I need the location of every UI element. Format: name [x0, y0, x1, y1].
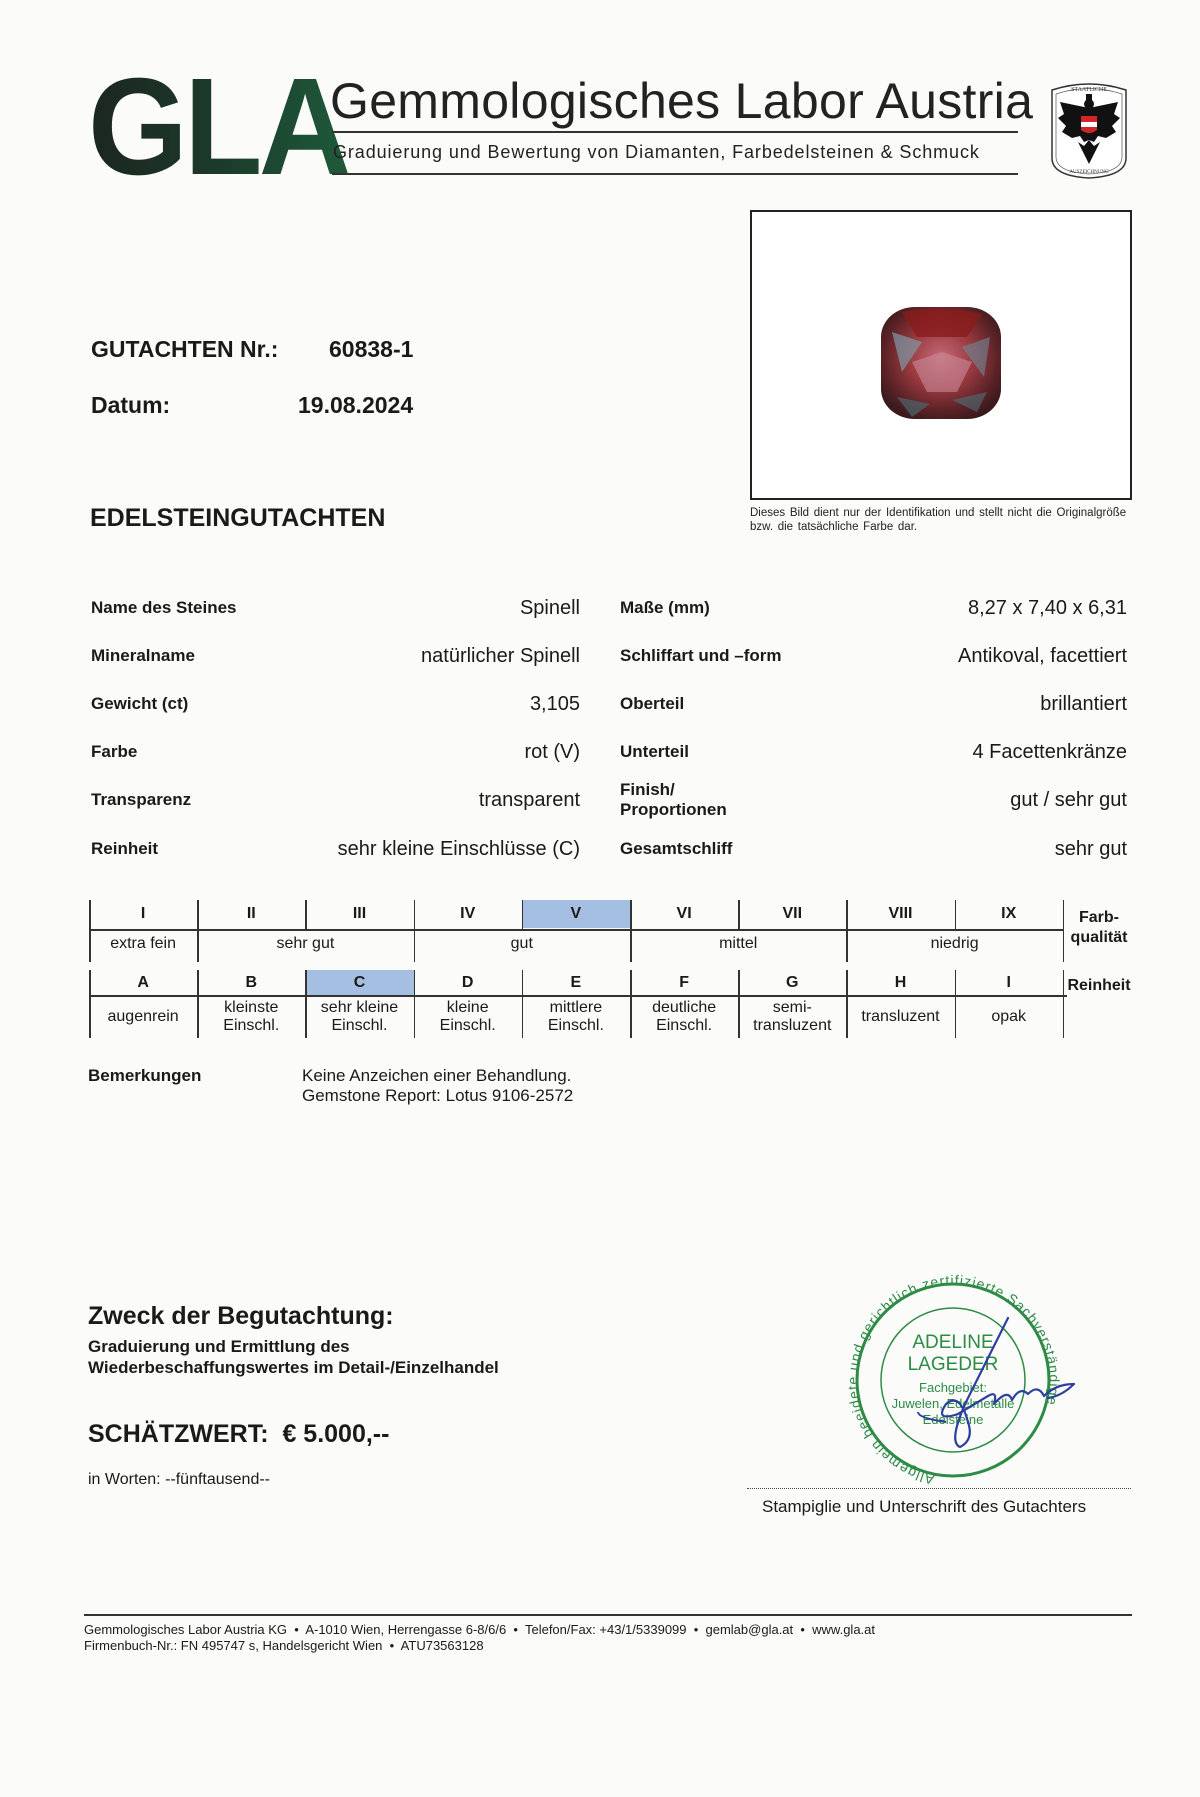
clarity-grade-I: I — [955, 970, 1063, 996]
clarity-description: transluzent — [846, 996, 954, 1038]
clarity-grade-C: C — [305, 970, 413, 996]
color-group: mittel — [630, 930, 846, 958]
clarity-grade-E: E — [522, 970, 630, 996]
property-label: Unterteil — [620, 742, 689, 762]
grid-line — [197, 900, 199, 930]
clarity-description: kleinsteEinschl. — [197, 996, 305, 1038]
grid-line — [197, 970, 199, 1038]
color-grade-IV: IV — [414, 900, 522, 928]
property-value: sehr gut — [1055, 838, 1127, 861]
svg-text:STAATLICHE: STAATLICHE — [1071, 87, 1107, 93]
report-number-label: GUTACHTEN Nr.: — [91, 336, 278, 363]
clarity-description: kleineEinschl. — [414, 996, 522, 1038]
color-group: gut — [414, 930, 630, 958]
clarity-grade-F: F — [630, 970, 738, 996]
grid-line — [522, 970, 524, 1038]
color-grade-V: V — [522, 900, 630, 928]
property-label: Maße (mm) — [620, 598, 710, 618]
property-label: Transparenz — [91, 790, 191, 810]
property-label: Oberteil — [620, 694, 684, 714]
color-grade-VIII: VIII — [846, 900, 954, 928]
svg-text:AUSZEICHNUNG: AUSZEICHNUNG — [1069, 170, 1109, 175]
clarity-description: semi-transluzent — [738, 996, 846, 1038]
color-grade-I: I — [89, 900, 197, 928]
valuation-label: SCHÄTZWERT: — [88, 1420, 269, 1448]
grid-line — [630, 970, 632, 1038]
clarity-grade-G: G — [738, 970, 846, 996]
grid-line — [414, 930, 416, 962]
grid-line — [89, 929, 1063, 931]
clarity-description: deutlicheEinschl. — [630, 996, 738, 1038]
clarity-label: Reinheit — [1062, 976, 1136, 996]
clarity-description: opak — [955, 996, 1063, 1038]
property-value: 3,105 — [530, 693, 580, 716]
grid-line — [414, 970, 416, 1038]
grid-line — [197, 930, 199, 962]
grid-line — [89, 970, 91, 1038]
signature-line — [747, 1488, 1131, 1489]
property-value: sehr kleine Einschlüsse (C) — [338, 838, 580, 861]
footer: Gemmologisches Labor Austria KG • A-1010… — [84, 1622, 875, 1654]
clarity-description: sehr kleineEinschl. — [305, 996, 413, 1038]
property-value: 8,27 x 7,40 x 6,31 — [968, 597, 1127, 620]
remarks-text: Keine Anzeichen einer Behandlung. Gemsto… — [302, 1066, 573, 1106]
lab-tagline: Graduierung und Bewertung von Diamanten,… — [333, 142, 980, 163]
footer-contact: Gemmologisches Labor Austria KG • A-1010… — [84, 1622, 875, 1638]
expert-stamp: Allgemein beeidete und gerichtlich zerti… — [848, 1272, 1088, 1488]
report-date-value: 19.08.2024 — [298, 392, 413, 419]
photo-disclaimer: Dieses Bild dient nur der Identifikation… — [750, 506, 1140, 534]
report-date-label: Datum: — [91, 392, 170, 419]
clarity-description: mittlereEinschl. — [522, 996, 630, 1038]
clarity-description: augenrein — [89, 996, 197, 1038]
gemstone-photo — [750, 210, 1132, 500]
grid-line — [630, 900, 632, 930]
property-value: natürlicher Spinell — [421, 645, 580, 668]
clarity-grade-H: H — [846, 970, 954, 996]
property-label: Farbe — [91, 742, 137, 762]
clarity-grade-B: B — [197, 970, 305, 996]
svg-text:ADELINE: ADELINE — [912, 1332, 993, 1353]
gemstone-image — [752, 212, 1130, 498]
color-grade-III: III — [305, 900, 413, 928]
color-grade-IX: IX — [955, 900, 1063, 928]
grid-line — [414, 900, 416, 930]
grid-line — [89, 930, 91, 962]
property-value: rot (V) — [524, 741, 580, 764]
austrian-eagle-icon: STAATLICHE AUSZEICHNUNG — [1046, 80, 1132, 180]
color-grade-VII: VII — [738, 900, 846, 928]
header-rule-bottom — [332, 173, 1018, 175]
color-group: niedrig — [846, 930, 1062, 958]
property-value: transparent — [479, 789, 580, 812]
valuation-amount: € 5.000,-- — [282, 1420, 389, 1448]
grid-line — [738, 970, 740, 1038]
property-value: 4 Facettenkränze — [972, 741, 1127, 764]
color-grade-II: II — [197, 900, 305, 928]
grid-line — [738, 900, 740, 930]
grid-line — [846, 930, 848, 962]
grid-line — [955, 970, 957, 1038]
property-value: brillantiert — [1040, 693, 1127, 716]
property-label: Schliffart und –form — [620, 646, 782, 666]
footer-registry: Firmenbuch-Nr.: FN 495747 s, Handelsgeri… — [84, 1638, 875, 1654]
grid-line — [305, 900, 307, 930]
grid-line — [846, 900, 848, 930]
grid-line — [630, 930, 632, 962]
grid-line — [955, 900, 957, 930]
footer-rule — [84, 1614, 1132, 1616]
remarks-label: Bemerkungen — [88, 1066, 201, 1086]
clarity-grade-D: D — [414, 970, 522, 996]
grid-line — [89, 900, 91, 930]
property-label: Finish/Proportionen — [620, 780, 727, 820]
color-quality-label: Farb- qualität — [1064, 908, 1134, 948]
property-value: Spinell — [520, 597, 580, 620]
property-value: gut / sehr gut — [1010, 789, 1127, 812]
lab-name: Gemmologisches Labor Austria — [330, 72, 1033, 130]
color-group: extra fein — [89, 930, 197, 958]
property-label: Reinheit — [91, 839, 158, 859]
property-label: Name des Steines — [91, 598, 237, 618]
property-label: Gewicht (ct) — [91, 694, 188, 714]
purpose-text: Graduierung und Ermittlung des Wiederbes… — [88, 1336, 499, 1378]
grid-line — [89, 995, 1067, 997]
valuation: SCHÄTZWERT: € 5.000,-- — [88, 1420, 389, 1449]
gla-logo: GLA — [88, 58, 348, 196]
grid-line — [522, 900, 524, 930]
header-rule-top — [332, 131, 1018, 133]
property-value: Antikoval, facettiert — [958, 645, 1127, 668]
valuation-in-words: in Worten: --fünftausend-- — [88, 1471, 270, 1489]
report-number-value: 60838-1 — [329, 336, 413, 363]
grid-line — [846, 970, 848, 1038]
signature-caption: Stampiglie und Unterschrift des Gutachte… — [762, 1497, 1086, 1517]
purpose-heading: Zweck der Begutachtung: — [88, 1302, 394, 1331]
property-label: Mineralname — [91, 646, 195, 666]
color-group: sehr gut — [197, 930, 413, 958]
color-grade-VI: VI — [630, 900, 738, 928]
document-type-title: EDELSTEINGUTACHTEN — [90, 504, 385, 533]
grid-line — [305, 970, 307, 1038]
property-label: Gesamtschliff — [620, 839, 732, 859]
clarity-grade-A: A — [89, 970, 197, 996]
